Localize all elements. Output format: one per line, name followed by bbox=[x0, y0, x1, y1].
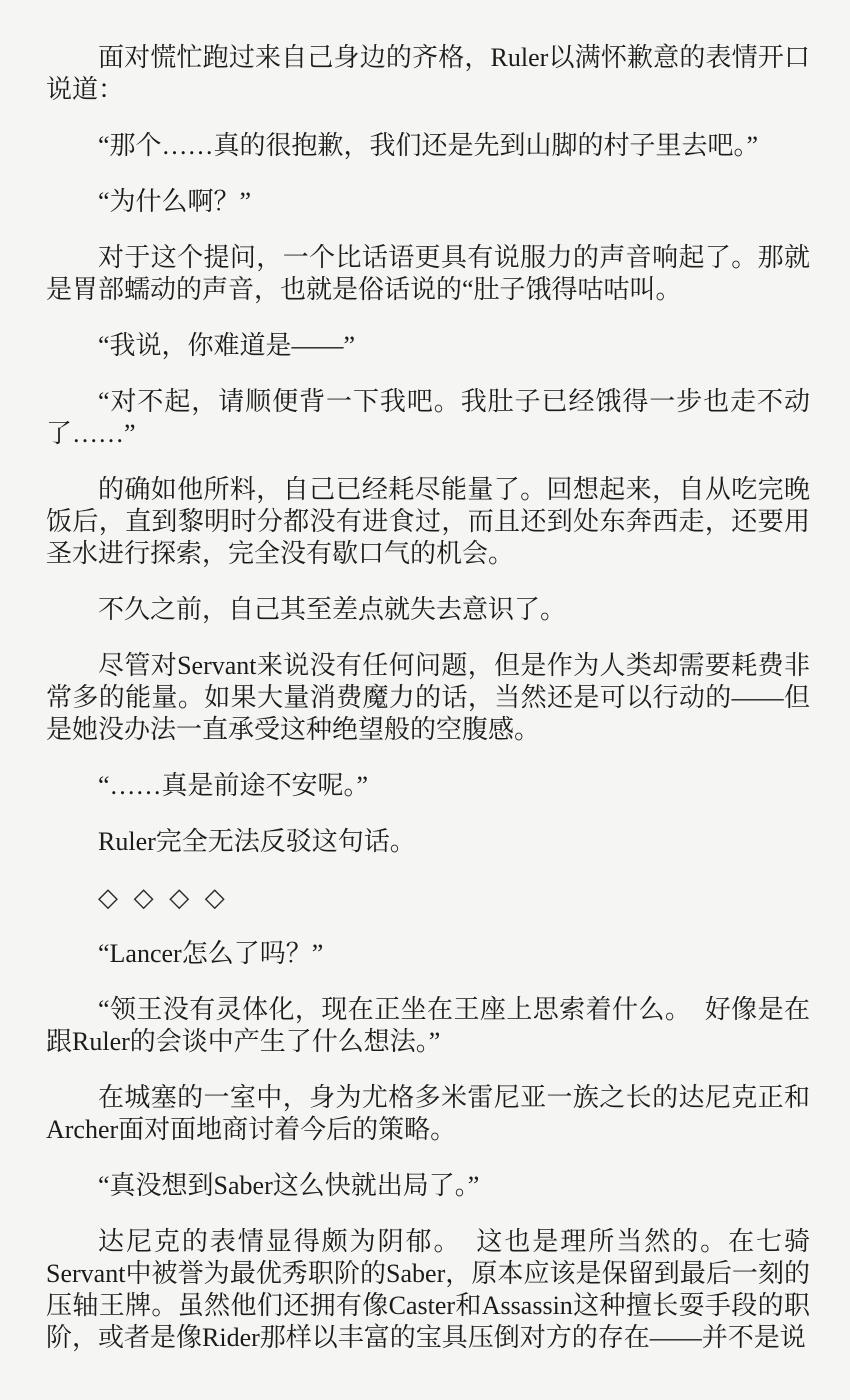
novel-page: 面对慌忙跑过来自己身边的齐格，Ruler以满怀歉意的表情开口说道：“那个……真的… bbox=[0, 0, 850, 1400]
page-content: 面对慌忙跑过来自己身边的齐格，Ruler以满怀歉意的表情开口说道：“那个……真的… bbox=[46, 42, 810, 1354]
paragraph: “我说，你难道是——” bbox=[46, 330, 810, 362]
paragraph: “Lancer怎么了吗？” bbox=[46, 938, 810, 970]
paragraph: 的确如他所料，自己已经耗尽能量了。回想起来，自从吃完晚饭后，直到黎明时分都没有进… bbox=[46, 474, 810, 570]
paragraph: “领王没有灵体化，现在正坐在王座上思索着什么。 好像是在跟Ruler的会谈中产生… bbox=[46, 994, 810, 1058]
paragraph: Ruler完全无法反驳这句话。 bbox=[46, 826, 810, 858]
paragraph: 尽管对Servant来说没有任何问题，但是作为人类却需要耗费非常多的能量。如果大… bbox=[46, 650, 810, 746]
paragraph: “……真是前途不安呢。” bbox=[46, 770, 810, 802]
paragraph: “对不起，请顺便背一下我吧。我肚子已经饿得一步也走不动了……” bbox=[46, 386, 810, 450]
paragraph: 对于这个提问，一个比话语更具有说服力的声音响起了。那就是胃部蠕动的声音，也就是俗… bbox=[46, 242, 810, 306]
paragraph: 不久之前，自己其至差点就失去意识了。 bbox=[46, 594, 810, 626]
paragraph: “真没想到Saber这么快就出局了。” bbox=[46, 1170, 810, 1202]
paragraph: 达尼克的表情显得颇为阴郁。 这也是理所当然的。在七骑Servant中被誉为最优秀… bbox=[46, 1226, 810, 1354]
paragraph: “那个……真的很抱歉，我们还是先到山脚的村子里去吧。” bbox=[46, 130, 810, 162]
paragraph: 在城塞的一室中，身为尤格多米雷尼亚一族之长的达尼克正和Archer面对面地商讨着… bbox=[46, 1082, 810, 1146]
section-separator: ◇ ◇ ◇ ◇ bbox=[46, 882, 810, 914]
paragraph: “为什么啊？” bbox=[46, 186, 810, 218]
paragraph: 面对慌忙跑过来自己身边的齐格，Ruler以满怀歉意的表情开口说道： bbox=[46, 42, 810, 106]
